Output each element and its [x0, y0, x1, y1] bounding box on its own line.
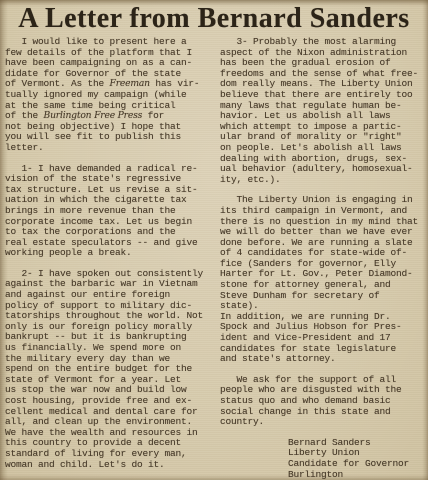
paragraph-liberty-union-campaign: The Liberty Union is engaging in its thi…	[220, 195, 423, 365]
paragraph-point-3: 3- Probably the most alarming aspect of …	[220, 37, 423, 185]
publication-name-freeman: Freeman	[110, 78, 150, 89]
paragraph-closing-appeal: We ask for the support of all people who…	[220, 375, 423, 428]
publication-name-burlington-free-press: Burlington Free Press	[44, 110, 143, 121]
letter-page: A Letter from Bernard Sanders I would li…	[0, 0, 428, 480]
right-column: 3- Probably the most alarming aspect of …	[220, 37, 423, 480]
letter-title: A Letter from Bernard Sanders	[5, 3, 423, 34]
letter-columns: I would like to present here a few detai…	[5, 37, 423, 480]
paragraph-intro: I would like to present here a few detai…	[5, 37, 208, 154]
signature-block: Bernard Sanders Liberty Union Candidate …	[288, 438, 423, 480]
left-column: I would like to present here a few detai…	[5, 37, 208, 480]
paragraph-point-1: 1- I have demanded a radical re- vision …	[5, 164, 208, 259]
paragraph-point-2: 2- I have spoken out consistently agains…	[5, 269, 208, 470]
